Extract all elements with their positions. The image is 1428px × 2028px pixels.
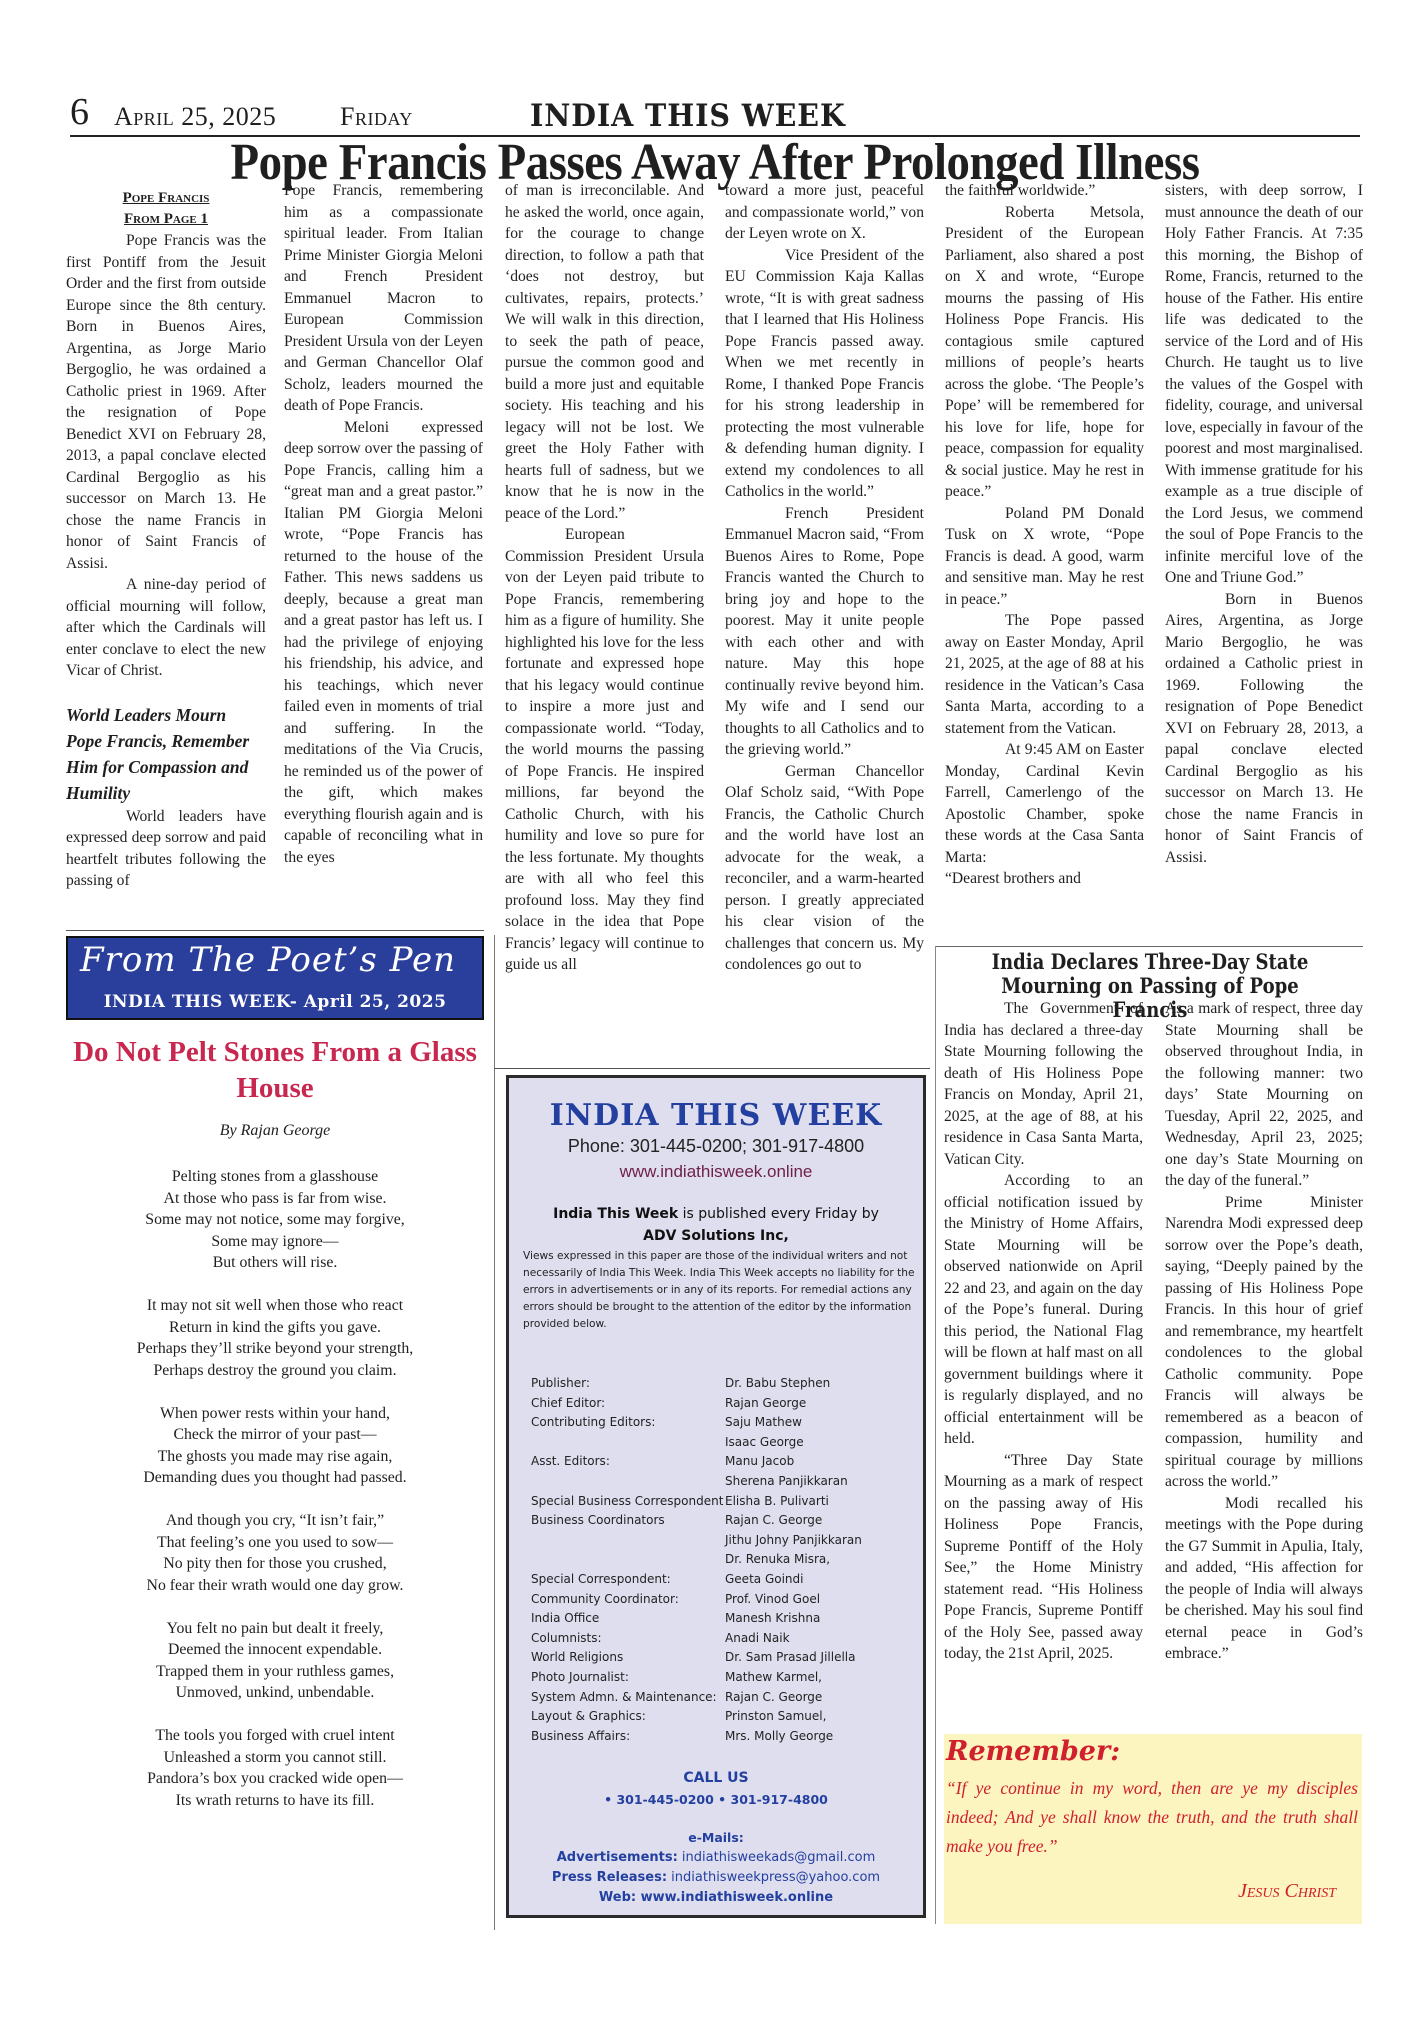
staff-role: World Religions [531,1648,725,1668]
poets-pen-subtitle: INDIA THIS WEEK- April 25, 2025 [68,992,482,1012]
staff-role: Layout & Graphics: [531,1707,725,1727]
paragraph: The Pope passed away on Easter Monday, A… [945,610,1144,739]
staff-list: Publisher:Dr. Babu StephenChief Editor:R… [531,1374,911,1746]
paragraph: Pope Francis was the first Pontiff from … [66,230,266,574]
paragraph: Vice President of the EU Commission Kaja… [725,245,924,503]
staff-role: Business Affairs: [531,1727,725,1747]
column-rule [494,935,495,1930]
poem-line: Check the mirror of your past— [66,1424,484,1446]
india-article-column-1: The Government of India has declared a t… [944,998,1143,1665]
paper-name: INDIA THIS WEEK [530,98,846,134]
staff-role: System Admn. & Maintenance: [531,1688,725,1708]
staff-row: Publisher:Dr. Babu Stephen [531,1374,911,1394]
staff-row: Community Coordinator:Prof. Vinod Goel [531,1590,911,1610]
paragraph: Roberta Metsola, President of the Europe… [945,202,1144,503]
article-column-3: of man is irreconcilable. And he asked t… [505,180,704,976]
article-column-1: Pope Francis From Page 1 Pope Francis wa… [66,188,266,892]
staff-row: Business Affairs:Mrs. Molly George [531,1727,911,1747]
paragraph: According to an official notification is… [944,1170,1143,1450]
staff-role: Publisher: [531,1374,725,1394]
staff-row: Dr. Renuka Misra, [531,1550,911,1570]
poets-pen-banner: From The Poet’s Pen INDIA THIS WEEK- Apr… [66,936,484,1020]
paragraph: “Dearest brothers and [945,868,1144,890]
emails-title: e-Mails: [509,1830,923,1845]
poem-line: No fear their wrath would one day grow. [66,1575,484,1597]
poem-line: The ghosts you made may rise again, [66,1446,484,1468]
paragraph: toward a more just, peaceful and compass… [725,180,924,245]
staff-role: Asst. Editors: [531,1452,725,1472]
page-number: 6 [70,92,89,132]
staff-role: Business Coordinators [531,1511,725,1531]
staff-name: Rajan C. George [725,1511,822,1531]
paragraph: Poland PM Donald Tusk on X wrote, “Pope … [945,503,1144,611]
issue-date: April 25, 2025 [114,102,276,132]
staff-role: Photo Journalist: [531,1668,725,1688]
staff-role [531,1531,725,1551]
section-divider [66,930,484,931]
poem-line: Return in kind the gifts you gave. [66,1317,484,1339]
poem-line: Perhaps destroy the ground you claim. [66,1360,484,1382]
poem-line: But others will rise. [66,1252,484,1274]
info-website-link[interactable]: www.indiathisweek.online [509,1162,923,1182]
article-column-4: toward a more just, peaceful and compass… [725,180,924,976]
staff-role: Special Business Correspondent [531,1492,725,1512]
article-column-2: Pope Francis, remembering him as a compa… [284,180,483,868]
staff-row: Business CoordinatorsRajan C. George [531,1511,911,1531]
staff-role: Contributing Editors: [531,1413,725,1433]
india-article-column-2: As a mark of respect, three day State Mo… [1165,998,1363,1665]
poem-line: That feeling’s one you used to sow— [66,1532,484,1554]
staff-role [531,1433,725,1453]
staff-role: Chief Editor: [531,1394,725,1414]
poem-stanza: And though you cry, “It isn’t fair,”That… [66,1510,484,1596]
india-article-border-top [935,946,1363,947]
section-divider [494,1068,930,1069]
staff-role: Community Coordinator: [531,1590,725,1610]
staff-row: World ReligionsDr. Sam Prasad Jillella [531,1648,911,1668]
paragraph: Pope Francis, remembering him as a compa… [284,180,483,417]
call-us-numbers: • 301-445-0200 • 301-917-4800 [509,1792,923,1807]
staff-name: Mrs. Molly George [725,1727,833,1747]
paragraph: A nine-day period of official mourning w… [66,574,266,682]
poem-stanza: Pelting stones from a glasshouseAt those… [66,1166,484,1274]
staff-name: Sherena Panjikkaran [725,1472,848,1492]
paragraph: Born in Buenos Aires, Argentina, as Jorg… [1165,589,1363,869]
staff-row: Asst. Editors:Manu Jacob [531,1452,911,1472]
poem-line: Its wrath returns to have its fill. [66,1790,484,1812]
poem-line: Unleashed a storm you cannot still. [66,1747,484,1769]
paragraph: The Government of India has declared a t… [944,998,1143,1170]
staff-name: Manesh Krishna [725,1609,820,1629]
paragraph: As a mark of respect, three day State Mo… [1165,998,1363,1192]
poem-stanza: You felt no pain but dealt it freely,Dee… [66,1618,484,1704]
paragraph: French President Emmanuel Macron said, “… [725,503,924,761]
paragraph: Modi recalled his meetings with the Pope… [1165,1493,1363,1665]
paragraph: of man is irreconcilable. And he asked t… [505,180,704,524]
staff-row: Columnists:Anadi Naik [531,1629,911,1649]
subheading: World Leaders Mourn Pope Francis, Rememb… [66,702,266,806]
staff-row: System Admn. & Maintenance:Rajan C. Geor… [531,1688,911,1708]
staff-name: Prof. Vinod Goel [725,1590,820,1610]
staff-row: Jithu Johny Panjikkaran [531,1531,911,1551]
poem-line: Some may not notice, some may forgive, [66,1209,484,1231]
info-phone: Phone: 301-445-0200; 301-917-4800 [509,1136,923,1157]
staff-row: Layout & Graphics:Prinston Samuel, [531,1707,911,1727]
paragraph: the faithful worldwide.” [945,180,1144,202]
staff-name: Dr. Babu Stephen [725,1374,830,1394]
staff-row: Chief Editor:Rajan George [531,1394,911,1414]
staff-row: Isaac George [531,1433,911,1453]
staff-role: Columnists: [531,1629,725,1649]
paragraph: sisters, with deep sorrow, I must announ… [1165,180,1363,589]
poem-line: Trapped them in your ruthless games, [66,1661,484,1683]
staff-name: Geeta Goindi [725,1570,803,1590]
staff-name: Elisha B. Pulivarti [725,1492,829,1512]
staff-role: Special Correspondent: [531,1570,725,1590]
paragraph: World leaders have expressed deep sorrow… [66,806,266,892]
poem-line: Demanding dues you thought had passed. [66,1467,484,1489]
paragraph: Prime Minister Narendra Modi expressed d… [1165,1192,1363,1493]
staff-name: Saju Mathew [725,1413,802,1433]
call-us-title: CALL US [509,1770,923,1786]
staff-row: Contributing Editors:Saju Mathew [531,1413,911,1433]
poem-line: It may not sit well when those who react [66,1295,484,1317]
paragraph: German Chancellor Olaf Scholz said, “Wit… [725,761,924,976]
poem-line: And though you cry, “It isn’t fair,” [66,1510,484,1532]
poem-line: The tools you forged with cruel intent [66,1725,484,1747]
paragraph: At 9:45 AM on Easter Monday, Cardinal Ke… [945,739,1144,868]
poem-title: Do Not Pelt Stones From a Glass House [66,1034,484,1106]
poem-line: Pelting stones from a glasshouse [66,1166,484,1188]
staff-role: India Office [531,1609,725,1629]
poem-line: Unmoved, unkind, unbendable. [66,1682,484,1704]
issue-day: Friday [340,102,413,132]
info-paper-name: INDIA THIS WEEK [509,1098,923,1133]
info-published-line: India This Week is published every Frida… [509,1206,923,1222]
remember-title: Remember: [946,1736,1120,1767]
info-company: ADV Solutions Inc, [509,1228,923,1244]
poem-line: At those who pass is far from wise. [66,1188,484,1210]
poem-body: Pelting stones from a glasshouseAt those… [66,1166,484,1833]
publication-info-box: INDIA THIS WEEK Phone: 301-445-0200; 301… [506,1075,926,1918]
scripture-quote: “If ye continue in my word, then are ye … [946,1774,1358,1861]
staff-name: Anadi Naik [725,1629,790,1649]
poem-line: Deemed the innocent expendable. [66,1639,484,1661]
web-link[interactable]: Web: www.indiathisweek.online [509,1890,923,1905]
staff-row: India OfficeManesh Krishna [531,1609,911,1629]
staff-row: Special Business CorrespondentElisha B. … [531,1492,911,1512]
poem-stanza: When power rests within your hand,Check … [66,1403,484,1489]
staff-name: Rajan C. George [725,1688,822,1708]
staff-name: Manu Jacob [725,1452,794,1472]
email-press-releases[interactable]: Press Releases: indiathisweekpress@yahoo… [509,1870,923,1885]
staff-name: Mathew Karmel, [725,1668,822,1688]
poem-line: When power rests within your hand, [66,1403,484,1425]
staff-name: Rajan George [725,1394,806,1414]
poem-line: Pandora’s box you cracked wide open— [66,1768,484,1790]
paragraph: “Three Day State Mourning as a mark of r… [944,1450,1143,1665]
paragraph: Meloni expressed deep sorrow over the pa… [284,417,483,869]
info-disclaimer: Views expressed in this paper are those … [523,1248,915,1333]
staff-row: Photo Journalist:Mathew Karmel, [531,1668,911,1688]
poem-line: No pity then for those you crushed, [66,1553,484,1575]
staff-role [531,1472,725,1492]
masthead: 6 April 25, 2025 Friday INDIA THIS WEEK [70,96,1360,136]
email-advertisements[interactable]: Advertisements: indiathisweekads@gmail.c… [509,1850,923,1865]
staff-role [531,1550,725,1570]
paragraph: European Commission President Ursula von… [505,524,704,976]
poem-line: You felt no pain but dealt it freely, [66,1618,484,1640]
quote-attribution: Jesus Christ [1238,1880,1336,1903]
poets-pen-title: From The Poet’s Pen [80,940,456,980]
poem-stanza: The tools you forged with cruel intentUn… [66,1725,484,1811]
staff-row: Sherena Panjikkaran [531,1472,911,1492]
poem-author: By Rajan George [66,1122,484,1140]
poem-line: Perhaps they’ll strike beyond your stren… [66,1338,484,1360]
india-article-border-left [935,946,936,1924]
poem-line: Some may ignore— [66,1231,484,1253]
article-column-6: sisters, with deep sorrow, I must announ… [1165,180,1363,868]
poem-stanza: It may not sit well when those who react… [66,1295,484,1381]
article-column-5: the faithful worldwide.” Roberta Metsola… [945,180,1144,890]
staff-name: Prinston Samuel, [725,1707,826,1727]
staff-row: Special Correspondent:Geeta Goindi [531,1570,911,1590]
staff-name: Jithu Johny Panjikkaran [725,1531,862,1551]
staff-name: Dr. Renuka Misra, [725,1550,830,1570]
continuation-kicker: Pope Francis From Page 1 [66,188,266,230]
staff-name: Isaac George [725,1433,804,1453]
staff-name: Dr. Sam Prasad Jillella [725,1648,855,1668]
remember-quote-box: Remember: “If ye continue in my word, th… [944,1734,1362,1924]
